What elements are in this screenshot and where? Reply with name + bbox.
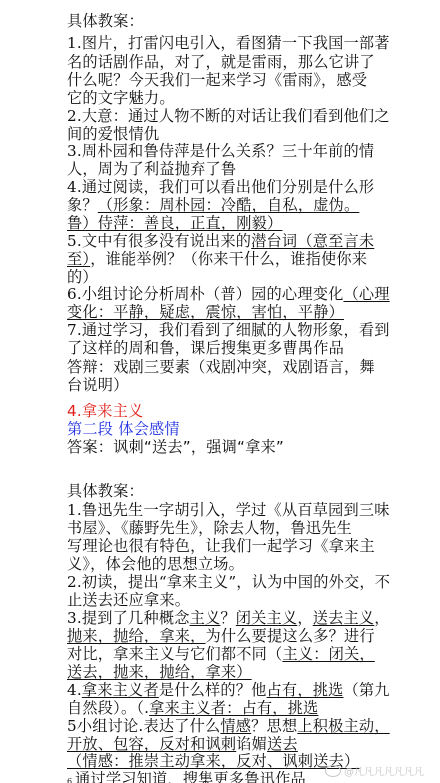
text-line: 止送去还应拿来。	[67, 591, 190, 609]
text-fragment: 为什么要提这么多？进行	[206, 627, 375, 645]
text-fragment: ？思想	[251, 717, 297, 735]
text-fragment: 6.小组讨论分析周朴（普）园的心理变化	[67, 285, 343, 303]
underlined-answer: 潜台词（意至言未	[251, 232, 374, 250]
section-subtitle: 第二段 体会感情	[67, 420, 180, 438]
text-line: 台说明）	[67, 376, 129, 394]
text-line: 4.通过阅读，我们可以看出他们分别是什么形	[67, 178, 374, 196]
text-line: 1.图片，打雷闪电引入，看图猜一下我国一部著	[67, 34, 390, 52]
text-fragment: ，谁能举例？（你来干什么，谁指使你来	[90, 250, 367, 268]
text-line: 名的话剧作品，对了，就是雷雨，那么它讲了	[67, 53, 375, 71]
text-fragment: ，	[374, 609, 389, 627]
text-line: 5小组讨论.表达了什么情感？思想上积极主动，	[67, 717, 390, 735]
text-fragment: 对比，拿来主义与它们都不同（	[67, 645, 282, 663]
text-fragment: ？	[220, 609, 235, 627]
underlined-term: 上积极主动，	[297, 717, 389, 735]
text-line: 对比，拿来主义与它们都不同（主义：闭关，	[67, 645, 375, 663]
text-fragment: 5小组讨论.表达了什么	[67, 717, 220, 735]
section-title: 4.拿来主义	[67, 402, 143, 420]
watermark-text: @凡凡凡凡凡凡凡	[344, 763, 424, 778]
underlined-term: 主义	[190, 609, 221, 627]
text-fragment: 象？	[67, 196, 98, 214]
text-line: 7.通过学习，我们看到了细腻的人物形象，看到	[67, 321, 390, 339]
section1-heading: 具体教案：	[67, 12, 144, 30]
text-line: 6.小组讨论分析周朴（普）园的心理变化（心理	[67, 285, 390, 303]
text-line: 4.拿来主义者是什么样的？他占有，挑选（第九	[67, 681, 390, 699]
underlined-term: 情感	[220, 717, 251, 735]
text-line: 了这样的周和鲁，课后搜集更多曹禺作品	[67, 339, 344, 357]
text-line: 开放、包容，反对和讽刺谄媚送去	[67, 735, 298, 753]
text-line: 3.提到了几种概念主义？闭关主义，送去主义，	[67, 609, 390, 627]
text-fragment: 4.	[67, 681, 82, 699]
text-fragment: 5.文中有很多没有说出来的	[67, 232, 251, 250]
text-line: 的）	[67, 268, 98, 286]
underlined-answer: （情感：推崇主动拿来，反对、讽刺送去）	[67, 752, 359, 770]
underlined-term: 送去主义	[313, 609, 375, 627]
underlined-answer: （形象：周朴园：冷酷，自私，虚伪。	[98, 196, 360, 214]
text-line: 答辩：戏剧三要素（戏剧冲突，戏剧语言，舞	[67, 358, 375, 376]
underlined-answer: 主义：闭关，	[282, 645, 374, 663]
section3-heading: 具体教案：	[67, 482, 144, 500]
answer-line: 答案：讽刺“送去”，强调“拿来”	[67, 438, 284, 456]
underlined-term: 抛来，抛给，拿来，	[67, 627, 206, 645]
text-fragment: （第九	[343, 681, 389, 699]
text-line: 间的爱恨情仇	[67, 125, 159, 143]
underlined-answer: 变化：平静，疑虑，震惊，害怕，平静）	[67, 303, 344, 321]
text-fragment: 3.提到了几种概念	[67, 609, 190, 627]
text-fragment: 通过学习知道，搜集更多鲁迅作品	[75, 770, 306, 783]
text-line: 抛来，抛给，拿来，为什么要提这么多？进行	[67, 627, 375, 645]
text-line: 1.鲁迅先生一字胡引入，学过《从百草园到三味	[67, 501, 390, 519]
underlined-term: 闭关主义	[236, 609, 298, 627]
weibo-logo-icon	[325, 765, 341, 777]
underlined-answer: 至）	[67, 250, 90, 268]
text-line: 自然段）。（.拿来主义者：占有，挑选	[67, 699, 318, 717]
underlined-answer: 鲁）侍萍：善良，正直，刚毅）	[67, 214, 282, 232]
text-line: 写理论也很有特色，让我们一起学习《拿来主	[67, 537, 375, 555]
text-line: 2.初读，提出“拿来主义”，认为中国的外交，不	[67, 573, 390, 591]
text-line: 人，周为了利益抛弃了鲁	[67, 160, 236, 178]
text-line: 3.周朴园和鲁侍萍是什么关系？三十年前的情	[67, 142, 374, 160]
text-line: 2.大意：通过人物不断的对话让我们看到他们之	[67, 107, 390, 125]
text-line: 义》，体会他的思想立场。	[67, 555, 244, 573]
underlined-term: 开放、包容，反对和讽刺	[67, 735, 236, 753]
text-line: 什么呢？今天我们一起来学习《雷雨》，感受	[67, 71, 367, 89]
text-line: 它的文字魅力。	[67, 89, 175, 107]
weibo-watermark: @凡凡凡凡凡凡凡	[325, 763, 424, 778]
text-line: 6.通过学习知道，搜集更多鲁迅作品	[67, 770, 306, 783]
underlined-answer: （心理	[343, 285, 389, 303]
underlined-answer: 拿来主义者：占有，挑选	[149, 699, 318, 717]
text-fragment: 自然段）。（.	[67, 699, 149, 717]
underlined-term: 占有，挑选	[267, 681, 344, 699]
text-fragment: 6.	[67, 777, 75, 783]
underlined-answer: 送去，抛来，抛给，拿来）	[67, 663, 252, 681]
text-line: 书屋》、《藤野先生》，除去人物，鲁迅先生	[67, 519, 352, 537]
text-line: 5.文中有很多没有说出来的潜台词（意至言未	[67, 232, 374, 250]
text-line: 象？（形象：周朴园：冷酷，自私，虚伪。	[67, 196, 359, 214]
underlined-term: 拿来主义者	[82, 681, 159, 699]
text-fragment: 是什么样的？他	[159, 681, 267, 699]
text-fragment: 谄媚	[236, 735, 267, 753]
text-line: 至），谁能举例？（你来干什么，谁指使你来	[67, 250, 367, 268]
text-fragment: ，	[297, 609, 312, 627]
underlined-term: 送去	[267, 735, 298, 753]
